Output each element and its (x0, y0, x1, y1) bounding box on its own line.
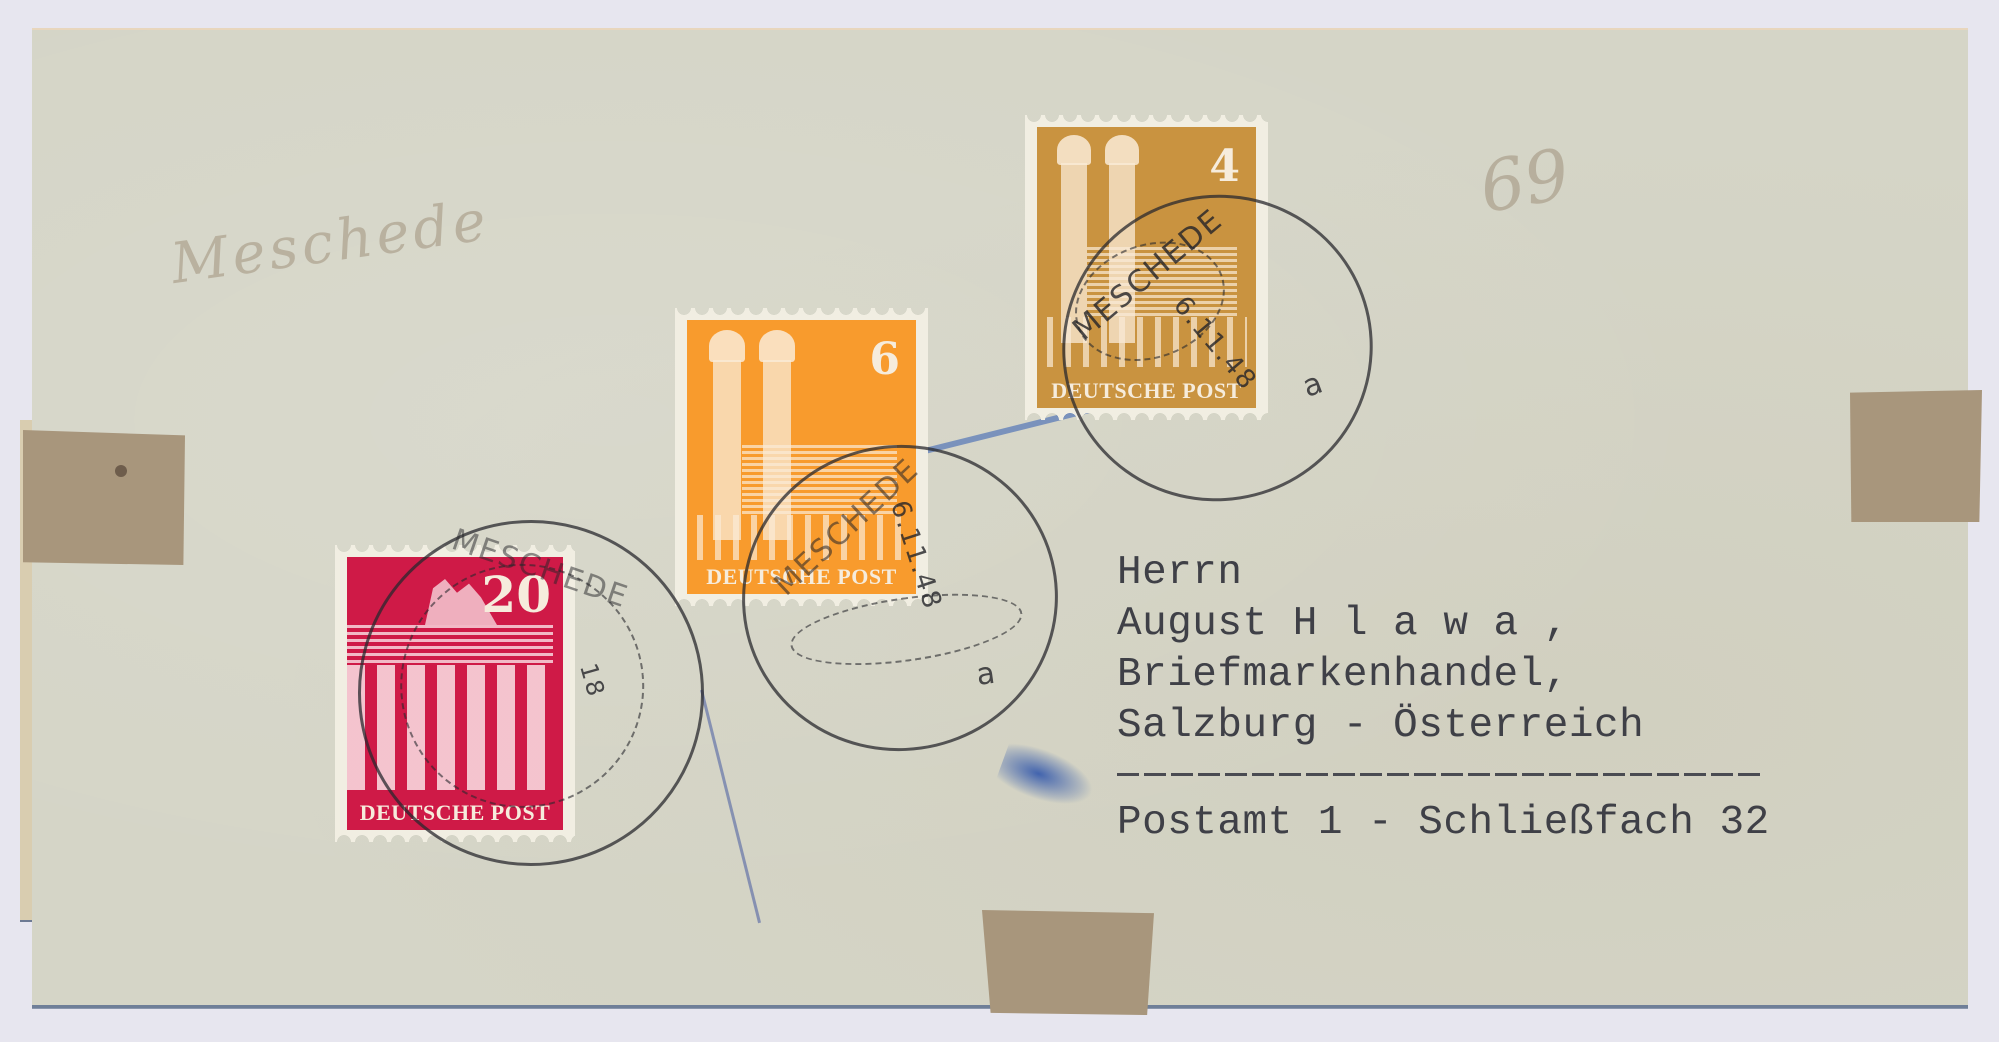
tower-dome-icon (709, 330, 745, 362)
tape-tab-bottom (982, 910, 1154, 1015)
stamp-value: 6 (869, 334, 900, 385)
tower-dome-icon (759, 330, 795, 362)
postmark-code: a (974, 655, 999, 692)
address-po-box: Postamt 1 - Schließfach 32 (1117, 800, 1770, 846)
tape-tab-right (1850, 390, 1982, 522)
tower-icon (713, 360, 741, 540)
postmark-code: a (1298, 365, 1329, 405)
recipient-address: Herrn August H l a w a , Briefmarkenhand… (1117, 548, 1644, 752)
address-salutation: Herrn (1117, 548, 1644, 599)
tape-mark (115, 465, 127, 477)
address-city: Salzburg - Österreich (1117, 701, 1644, 752)
tower-dome-icon (1105, 135, 1139, 165)
address-name: August H l a w a , (1117, 599, 1644, 650)
stamp-value: 4 (1209, 141, 1240, 192)
tape-tab-left (23, 430, 185, 565)
typed-divider (1117, 773, 1762, 776)
tower-dome-icon (1057, 135, 1091, 165)
address-business: Briefmarkenhandel, (1117, 650, 1644, 701)
postmark-date: 6.11.48 (884, 497, 948, 614)
pencil-note: 69 (1474, 133, 1576, 229)
